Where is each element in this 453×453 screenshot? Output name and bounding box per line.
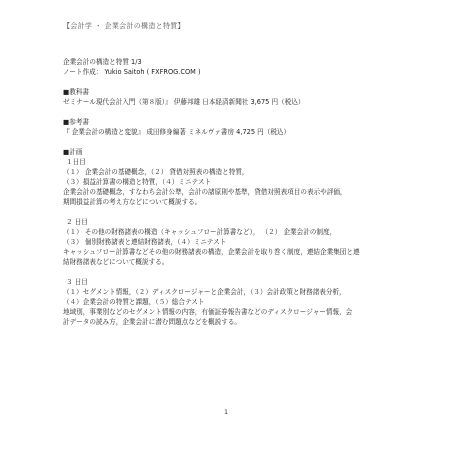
document-body: 企業会計の構造と特質 1/3 ノート作成： Yukio Saitoh ( FXF… <box>63 57 403 327</box>
author-line: ノート作成： Yukio Saitoh ( FXFROG.COM ) <box>63 67 403 77</box>
page-number: 1 <box>224 408 228 416</box>
spacer <box>63 137 403 147</box>
plan-heading: ■計画 <box>63 147 403 157</box>
day1-description-line2: 期間損益計算の考え方などについて概説する。 <box>63 197 403 207</box>
spacer <box>63 77 403 87</box>
spacer <box>63 107 403 117</box>
day2-description-line1: キャッシュフロー計算書などその他の財務諸表の構造，企業会計を取り巻く制度，連結企… <box>63 247 403 257</box>
document-header-tag: 【会計学 ・ 企業会計の構造と特質】 <box>63 21 185 31</box>
document-page: 【会計学 ・ 企業会計の構造と特質】 企業会計の構造と特質 1/3 ノート作成：… <box>0 0 453 453</box>
day3-description-line1: 地域別，事業別などのセグメント情報の内容，有価証券報告書などのディスクロージャー… <box>63 307 403 317</box>
day2-topics-line2: （３） 個別財務諸表と連結財務諸表，（４）ミニテスト <box>63 237 403 247</box>
day3-topics-line1: （１）セグメント情報，（２）ディスクロージャーと企業会計，（３）会計政策と財務諸… <box>63 287 403 297</box>
day2-topics-line1: （１） その他の財務諸表の構造（キャッシュフロー計算書など）， （２） 企業会計… <box>63 227 403 237</box>
day2-label: ２ 日目 <box>63 217 403 227</box>
textbook-entry: ゼミナール現代会計入門（第８版）』 伊藤邦雄 日本経済新聞社 3,675 円（税… <box>63 97 403 107</box>
textbook-heading: ■教科書 <box>63 87 403 97</box>
day3-label: ３ 日目 <box>63 277 403 287</box>
day1-topics-line1: （１） 企業会計の基礎概念，（２） 貸借対照表の構造と特質， <box>63 167 403 177</box>
spacer <box>63 267 403 277</box>
reference-heading: ■参考書 <box>63 117 403 127</box>
reference-entry: 『 企業会計の構造と変貌』 成田修身編著 ミネルヴァ書房 4,725 円（税込） <box>63 127 403 137</box>
day2-description-line2: 結財務諸表などについて概説する。 <box>63 257 403 267</box>
document-title: 企業会計の構造と特質 1/3 <box>63 57 403 67</box>
day1-description-line1: 企業会計の基礎概念，すなわち会計公準，会計の諸原則や基準，貸借対照表項目の表示や… <box>63 187 403 197</box>
day3-topics-line2: （４）企業会計の特質と課題，（５）総合テスト <box>63 297 403 307</box>
spacer <box>63 207 403 217</box>
day3-description-line2: 計データの読み方，企業会計に潜む問題点などを概説する。 <box>63 317 403 327</box>
day1-topics-line2: （３）損益計算書の構造と特質，（４）ミニテスト <box>63 177 403 187</box>
day1-label: １日目 <box>63 157 403 167</box>
